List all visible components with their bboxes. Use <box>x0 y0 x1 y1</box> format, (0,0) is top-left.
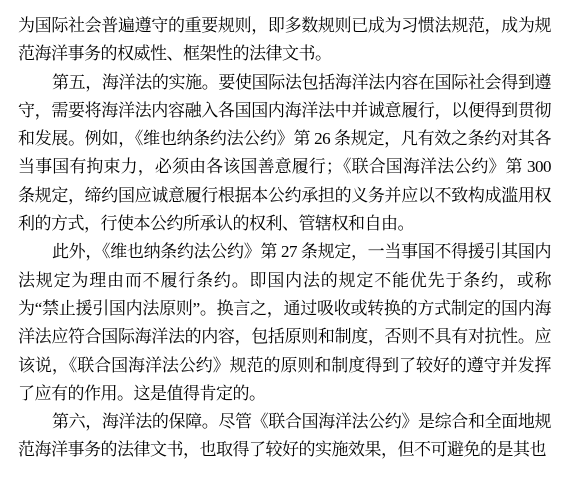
paragraph: 为国际社会普遍遵守的重要规则，即多数规则已成为习惯法规范，成为规范海洋事务的权威… <box>18 12 551 69</box>
document-page: 为国际社会普遍遵守的重要规则，即多数规则已成为习惯法规范，成为规范海洋事务的权威… <box>0 0 567 488</box>
paragraph: 第六，海洋法的保障。尽管《联合国海洋法公约》是综合和全面地规范海洋事务的法律文书… <box>18 408 551 465</box>
paragraph: 此外，《维也纳条约法公约》第 27 条规定，一当事国不得援引其国内法规定为理由而… <box>18 238 551 408</box>
paragraph: 第五，海洋法的实施。要使国际法包括海洋法内容在国际社会得到遵守，需要将海洋法内容… <box>18 69 551 239</box>
document-text-body: 为国际社会普遍遵守的重要规则，即多数规则已成为习惯法规范，成为规范海洋事务的权威… <box>18 12 551 465</box>
